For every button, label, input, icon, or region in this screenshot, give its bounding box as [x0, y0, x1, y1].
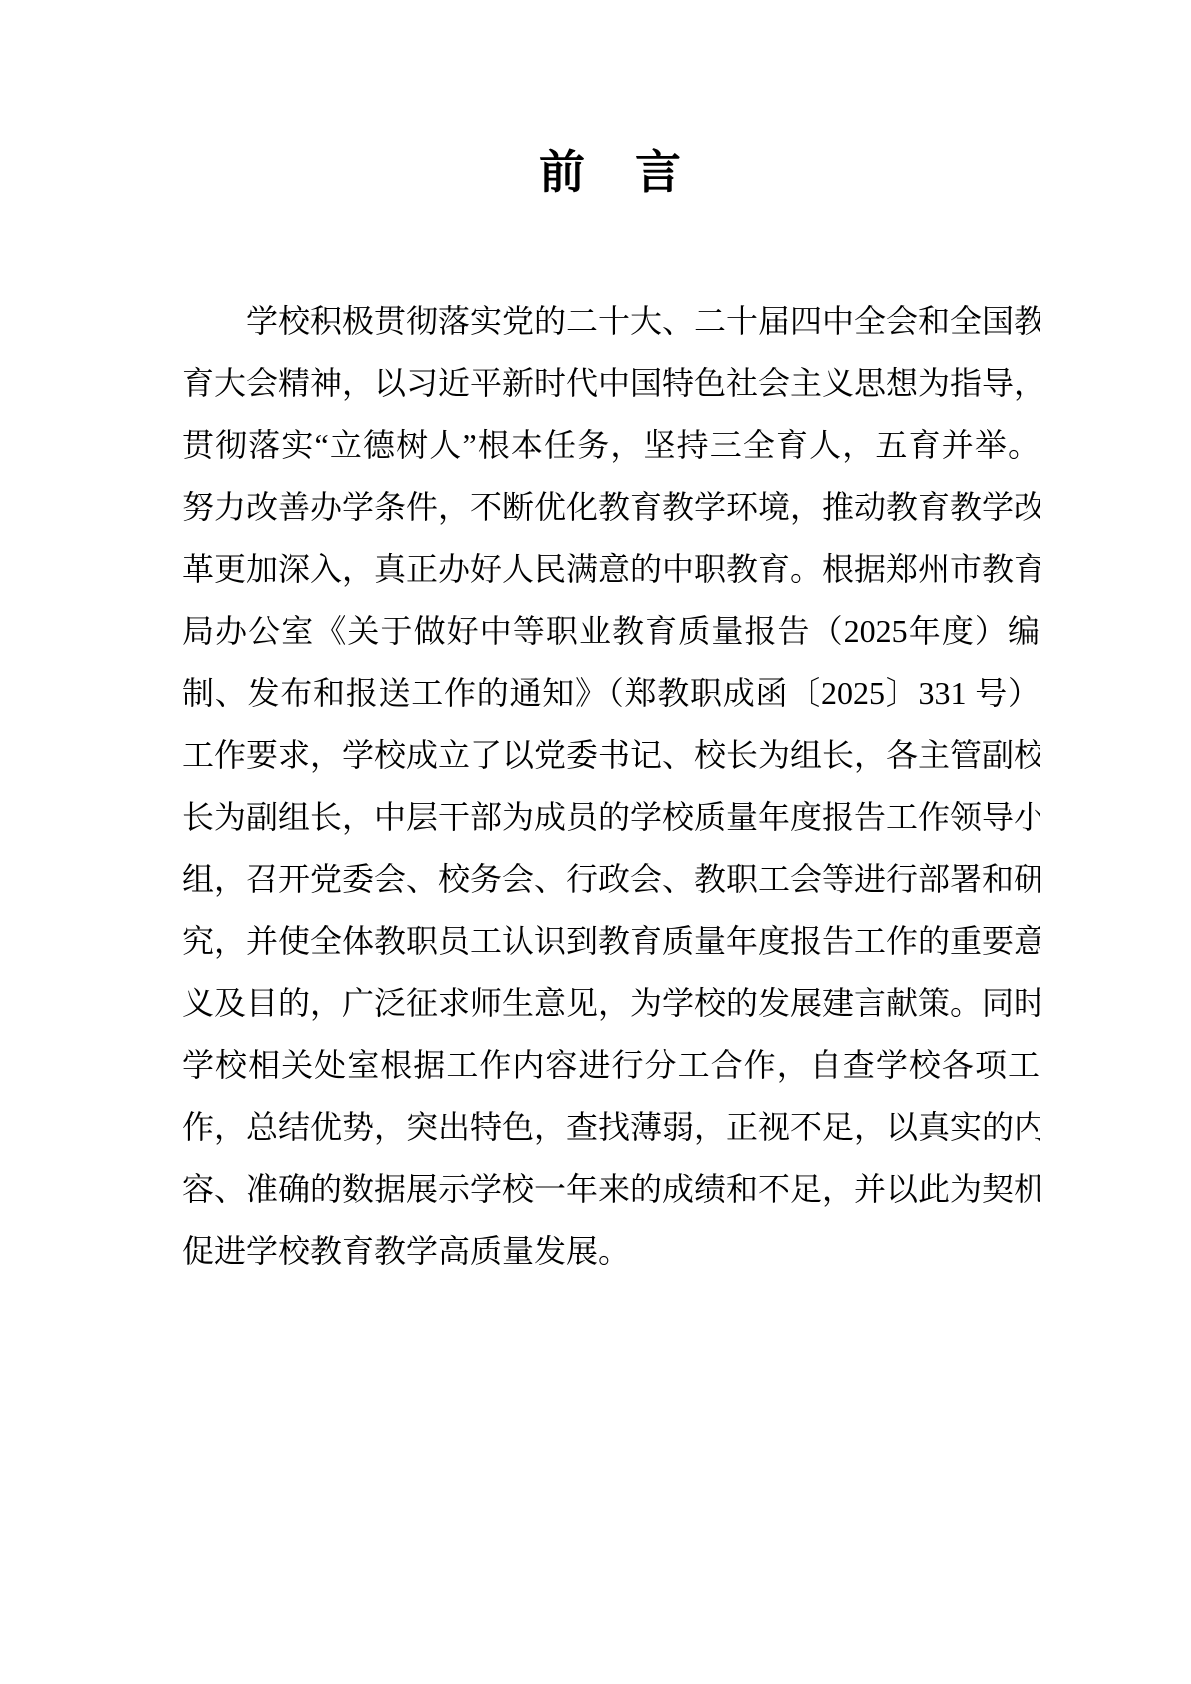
document-page: 前 言 学校积极贯彻落实党的二十大、二十届四中全会和全国教 育大会精神，以习近平… [0, 0, 1191, 1684]
body-line: 作，总结优势，突出特色，查找薄弱，正视不足，以真实的内 [182, 1096, 1040, 1158]
body-line: 学校积极贯彻落实党的二十大、二十届四中全会和全国教 [182, 290, 1040, 352]
body-line: 革更加深入，真正办好人民满意的中职教育。根据郑州市教育 [182, 538, 1040, 600]
body-line: 学校相关处室根据工作内容进行分工合作，自查学校各项工 [182, 1034, 1040, 1096]
body-line: 工作要求，学校成立了以党委书记、校长为组长，各主管副校 [182, 724, 1040, 786]
body-line: 长为副组长，中层干部为成员的学校质量年度报告工作领导小 [182, 786, 1040, 848]
preface-paragraph: 学校积极贯彻落实党的二十大、二十届四中全会和全国教 育大会精神，以习近平新时代中… [182, 290, 1040, 1282]
body-line: 促进学校教育教学高质量发展。 [182, 1220, 1040, 1282]
body-line: 制、发布和报送工作的通知》（郑教职成函〔2025〕331 号） [182, 662, 1040, 724]
body-line: 贯彻落实“立德树人”根本任务，坚持三全育人，五育并举。 [182, 414, 1040, 476]
body-line: 育大会精神，以习近平新时代中国特色社会主义思想为指导， [182, 352, 1040, 414]
body-line: 究，并使全体教职员工认识到教育质量年度报告工作的重要意 [182, 910, 1040, 972]
body-line: 义及目的，广泛征求师生意见，为学校的发展建言献策。同时 [182, 972, 1040, 1034]
page-title: 前 言 [182, 146, 1040, 198]
body-line: 努力改善办学条件，不断优化教育教学环境，推动教育教学改 [182, 476, 1040, 538]
body-line: 容、准确的数据展示学校一年来的成绩和不足，并以此为契机 [182, 1158, 1040, 1220]
body-line: 组，召开党委会、校务会、行政会、教职工会等进行部署和研 [182, 848, 1040, 910]
body-line: 局办公室《关于做好中等职业教育质量报告（2025年度）编 [182, 600, 1040, 662]
